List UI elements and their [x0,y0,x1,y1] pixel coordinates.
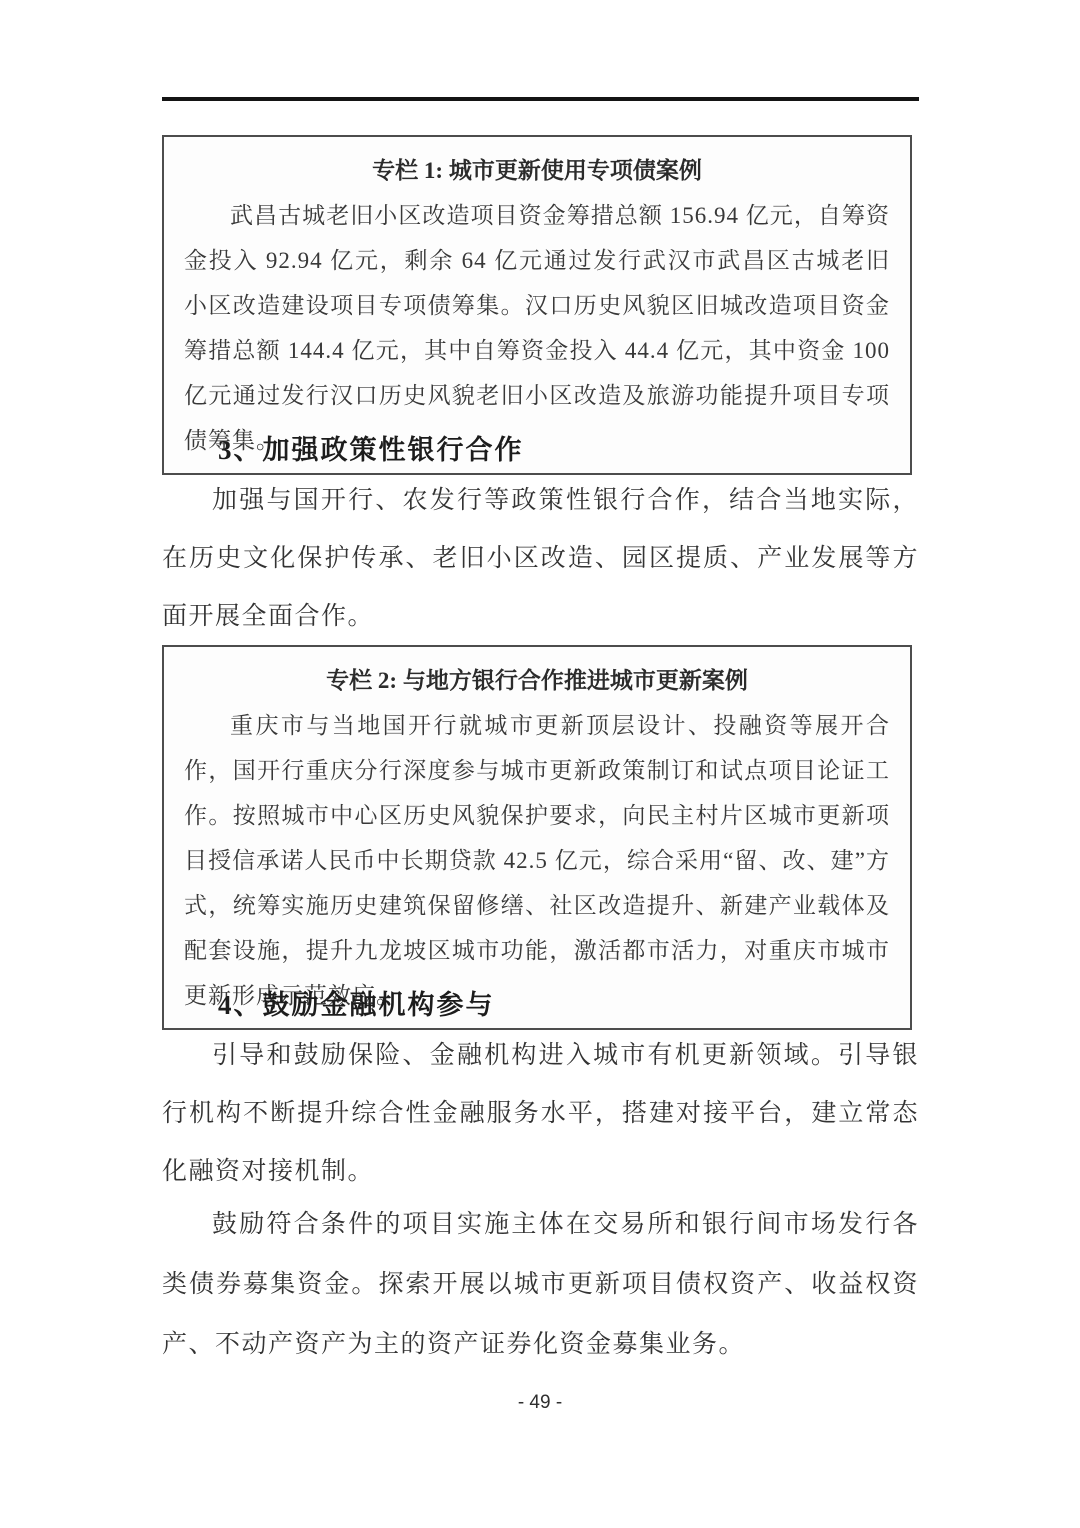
callout-box-2-body: 重庆市与当地国开行就城市更新顶层设计、投融资等展开合作，国开行重庆分行深度参与城… [184,703,890,1018]
section-4-paragraph-2: 鼓励符合条件的项目实施主体在交易所和银行间市场发行各类债券募集资金。探索开展以城… [162,1195,919,1375]
callout-box-special-bond-case: 专栏 1: 城市更新使用专项债案例 武昌古城老旧小区改造项目资金筹措总额 156… [162,135,912,475]
section-3-paragraph: 加强与国开行、农发行等政策性银行合作，结合当地实际，在历史文化保护传承、老旧小区… [162,472,919,646]
document-page: 专栏 1: 城市更新使用专项债案例 武昌古城老旧小区改造项目资金筹措总额 156… [0,0,1080,1528]
callout-box-1-title: 专栏 1: 城市更新使用专项债案例 [184,149,890,193]
section-3-heading: 3、加强政策性银行合作 [162,428,919,467]
header-rule [162,97,919,101]
callout-box-local-bank-case: 专栏 2: 与地方银行合作推进城市更新案例 重庆市与当地国开行就城市更新顶层设计… [162,645,912,1030]
callout-box-1-body: 武昌古城老旧小区改造项目资金筹措总额 156.94 亿元，自筹资金投入 92.9… [184,193,890,463]
page-number: - 49 - [0,1392,1080,1414]
section-4-heading: 4、鼓励金融机构参与 [162,983,919,1022]
section-4-paragraph-1: 引导和鼓励保险、金融机构进入城市有机更新领域。引导银行机构不断提升综合性金融服务… [162,1027,919,1201]
callout-box-2-title: 专栏 2: 与地方银行合作推进城市更新案例 [184,659,890,703]
